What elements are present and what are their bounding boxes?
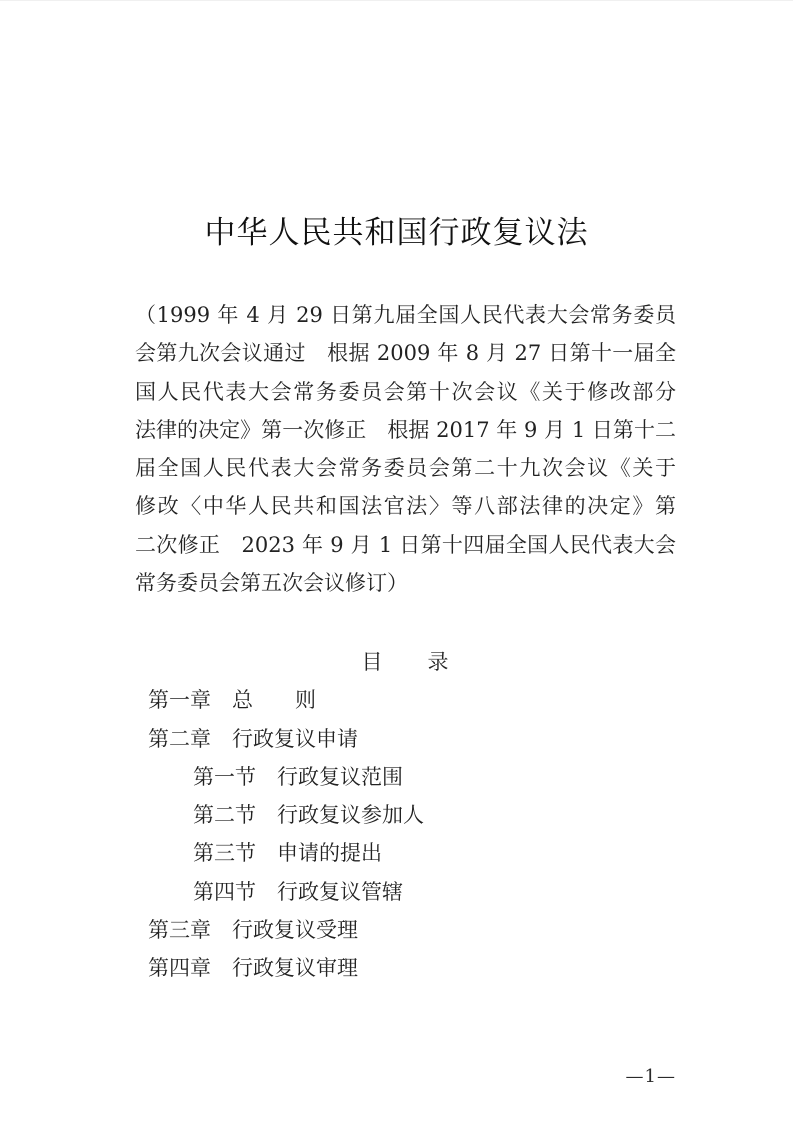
toc-item-section-4: 第四节 行政复议管辖 [135,873,676,911]
preamble-line: 二次修正 2023 年 9 月 1 日第十四届全国人民代表大会 [135,526,676,564]
page-number: —1— [626,1065,676,1089]
toc-item-chapter-3: 第三章 行政复议受理 [135,911,676,949]
toc-item-section-1: 第一节 行政复议范围 [135,758,676,796]
preamble-line: （1999 年 4 月 29 日第九届全国人民代表大会常务委员 [135,296,676,334]
toc-item-section-2: 第二节 行政复议参加人 [135,796,676,834]
preamble-line: 修改〈中华人民共和国法官法〉等八部法律的决定》第 [135,487,676,525]
toc-heading: 目 录 [135,643,676,681]
preamble-line: 法律的决定》第一次修正 根据 2017 年 9 月 1 日第十二 [135,411,676,449]
toc-item-chapter-4: 第四章 行政复议审理 [135,949,676,987]
preamble-line: 届全国人民代表大会常务委员会第二十九次会议《关于 [135,449,676,487]
toc-item-section-3: 第三节 申请的提出 [135,834,676,872]
table-of-contents: 目 录 第一章 总 则 第二章 行政复议申请 第一节 行政复议范围 第二节 行政… [135,643,676,988]
document-title: 中华人民共和国行政复议法 [0,213,793,253]
preamble-line: 国人民代表大会常务委员会第十次会议《关于修改部分 [135,373,676,411]
toc-item-chapter-2: 第二章 行政复议申请 [135,720,676,758]
document-page: 中华人民共和国行政复议法 （1999 年 4 月 29 日第九届全国人民代表大会… [0,0,793,1122]
toc-item-chapter-1: 第一章 总 则 [135,681,676,719]
preamble-line: 会第九次会议通过 根据 2009 年 8 月 27 日第十一届全 [135,334,676,372]
preamble-paragraph: （1999 年 4 月 29 日第九届全国人民代表大会常务委员 会第九次会议通过… [135,296,676,602]
preamble-line: 常务委员会第五次会议修订） [135,564,676,602]
